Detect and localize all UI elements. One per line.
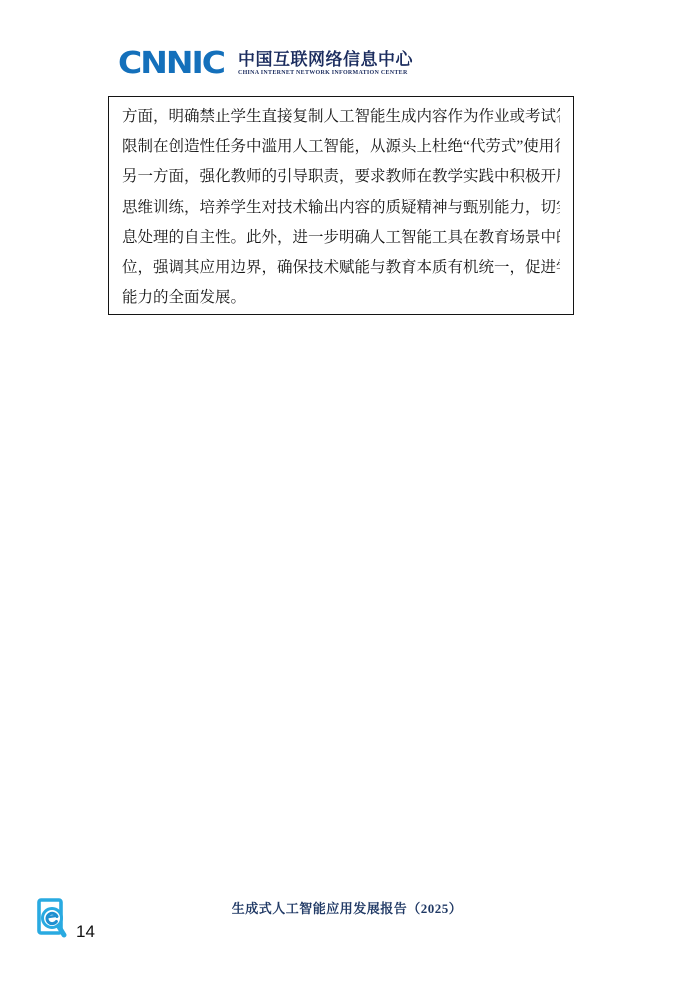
footer-report-title: 生成式人工智能应用发展报告（2025） [0, 898, 694, 917]
page-number: 14 [76, 922, 95, 941]
report-page: CNNIC 中国互联网络信息中心 CHINA INTERNET NETWORK … [0, 0, 694, 982]
paragraph-line: 另一方面，强化教师的引导职责，要求教师在教学实践中积极开展批判性 [122, 162, 560, 192]
paragraph-line: 思维训练，培养学生对技术输出内容的质疑精神与甄别能力，切实提升信 [122, 193, 560, 223]
body-text-box: 方面，明确禁止学生直接复制人工智能生成内容作为作业或考试答案，并 限制在创造性任… [108, 96, 574, 315]
org-name-chinese: 中国互联网络信息中心 [238, 51, 413, 69]
paragraph-line: 位，强调其应用边界，确保技术赋能与教育本质有机统一，促进学生思维 [122, 253, 560, 283]
org-name-english: CHINA INTERNET NETWORK INFORMATION CENTE… [238, 70, 413, 77]
paragraph-line: 限制在创造性任务中滥用人工智能，从源头上杜绝“代劳式”使用行为。 [122, 132, 560, 162]
cnnic-logo-wordmark: CNNIC [118, 50, 224, 76]
paragraph-line: 息处理的自主性。此外，进一步明确人工智能工具在教育场景中的辅助定 [122, 223, 560, 253]
page-badge: 14 [37, 898, 95, 942]
paragraph-line: 方面，明确禁止学生直接复制人工智能生成内容作为作业或考试答案，并 [122, 102, 560, 132]
magnifier-document-icon [37, 898, 67, 942]
org-names: 中国互联网络信息中心 CHINA INTERNET NETWORK INFORM… [238, 50, 413, 77]
paragraph-line: 能力的全面发展。 [122, 283, 560, 313]
header-logo: CNNIC 中国互联网络信息中心 CHINA INTERNET NETWORK … [118, 50, 413, 78]
